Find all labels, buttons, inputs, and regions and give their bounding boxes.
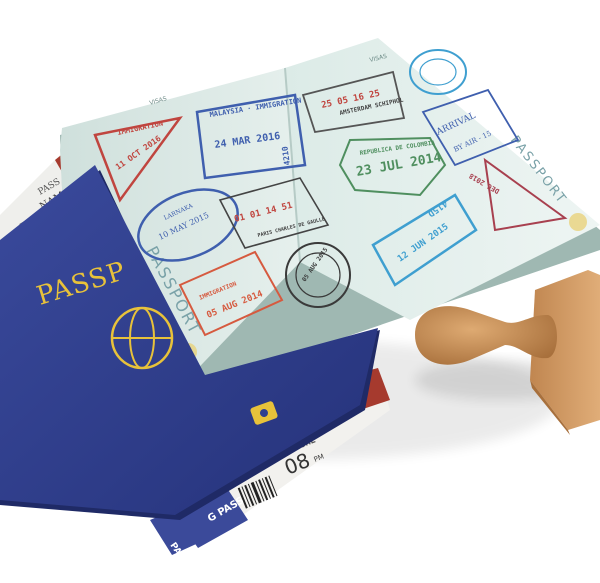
stamp-blue-round <box>410 50 466 94</box>
scene: PASS NAM FLIG UA VISAS VISAS PASSPORT PA… <box>0 0 600 583</box>
gold-seal-icon <box>569 213 587 231</box>
